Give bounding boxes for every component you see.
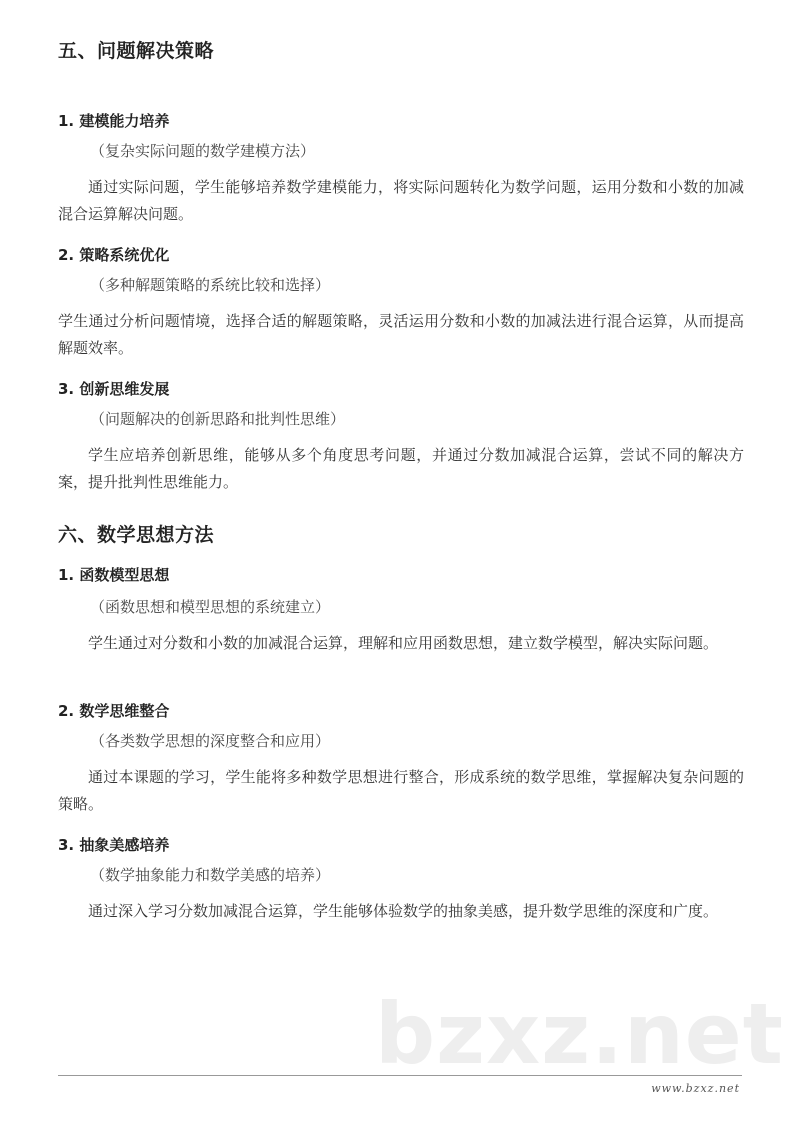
- paragraph: 学生通过对分数和小数的加减混合运算，理解和应用函数思想，建立数学模型，解决实际问…: [58, 630, 744, 657]
- paragraph: 通过深入学习分数加减混合运算，学生能够体验数学的抽象美感，提升数学思维的深度和广…: [58, 898, 744, 925]
- section-title: 五、问题解决策略: [58, 36, 214, 63]
- subsection-subtitle: （问题解决的创新思路和批判性思维）: [90, 408, 345, 429]
- section-title: 六、数学思想方法: [58, 520, 214, 547]
- footer-divider: [58, 1075, 742, 1076]
- subsection-heading: 2. 数学思维整合: [58, 700, 169, 721]
- paragraph: 通过本课题的学习，学生能将多种数学思想进行整合，形成系统的数学思维，掌握解决复杂…: [58, 764, 744, 818]
- paragraph: 学生通过分析问题情境，选择合适的解题策略，灵活运用分数和小数的加减法进行混合运算…: [58, 308, 744, 362]
- watermark: bzxz.net: [375, 985, 784, 1083]
- subsection-heading: 1. 建模能力培养: [58, 110, 169, 131]
- subsection-subtitle: （多种解题策略的系统比较和选择）: [90, 274, 330, 295]
- subsection-subtitle: （函数思想和模型思想的系统建立）: [90, 596, 330, 617]
- subsection-heading: 1. 函数模型思想: [58, 564, 169, 585]
- subsection-heading: 2. 策略系统优化: [58, 244, 169, 265]
- paragraph: 通过实际问题，学生能够培养数学建模能力，将实际问题转化为数学问题，运用分数和小数…: [58, 174, 744, 228]
- subsection-subtitle: （数学抽象能力和数学美感的培养）: [90, 864, 330, 885]
- footer-url: www.bzxz.net: [651, 1082, 740, 1095]
- subsection-heading: 3. 抽象美感培养: [58, 834, 169, 855]
- document-page: 五、问题解决策略 1. 建模能力培养 （复杂实际问题的数学建模方法） 通过实际问…: [0, 0, 800, 1130]
- paragraph: 学生应培养创新思维，能够从多个角度思考问题，并通过分数加减混合运算，尝试不同的解…: [58, 442, 744, 496]
- subsection-subtitle: （各类数学思想的深度整合和应用）: [90, 730, 330, 751]
- subsection-subtitle: （复杂实际问题的数学建模方法）: [90, 140, 315, 161]
- subsection-heading: 3. 创新思维发展: [58, 378, 169, 399]
